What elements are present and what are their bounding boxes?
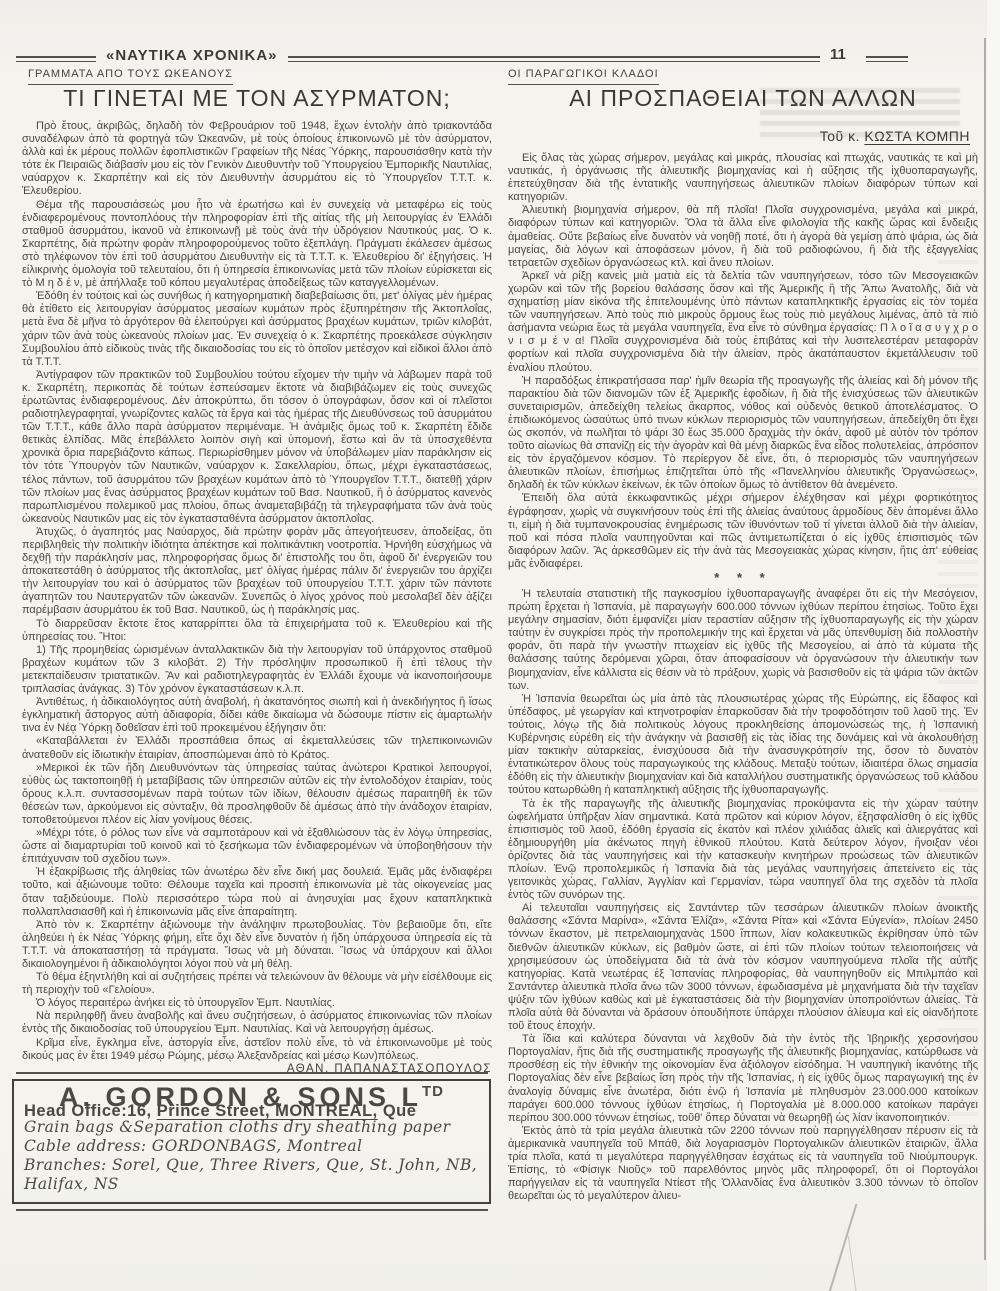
paragraph: «Καταβάλλεται ἐν Ἑλλάδι προσπάθεια ὅπως … [22,735,492,761]
ad-company-suffix: TD [422,1083,444,1100]
paragraph: Ἀρκεῖ νὰ ρίξῃ κανεὶς μιὰ ματιὰ εἰς τὰ δε… [508,270,978,375]
paragraph: Τὰ ἴδια καὶ καλύτερα δύνανται νὰ λεχθοῦν… [508,1033,978,1125]
ad-branches-line: Branches: Sorel, Que, Three Rivers, Que,… [24,1156,479,1194]
header-rule-left [16,56,96,62]
paragraph: Ἡ παραδόξως ἐπικρατήσασα παρ' ἡμῖν θεωρί… [508,375,978,493]
header-rule-center [288,56,820,62]
paragraph: Νὰ περιληφθῇ ἄνευ ἀναβολῆς καὶ ἄνευ συζη… [22,1010,492,1036]
paragraph: Τὰ ἐκ τῆς παραγωγῆς τῆς ἁλιευτικῆς βιομη… [508,798,978,903]
left-article-kicker: ΓΡΑΜΜΑΤΑ ΑΠΟ ΤΟΥΣ ΩΚΕΑΝΟΥΣ [28,68,233,85]
paragraph: Τὸ διαρρεῦσαν ἔκτοτε ἔτος καταρρίπτει ὅλ… [22,618,492,644]
scanner-background [987,0,1000,1291]
magazine-page: «ΝΑΥΤΙΚΑ ΧΡΟΝΙΚΑ» 11 ΓΡΑΜΜΑΤΑ ΑΠΟ ΤΟΥΣ Ω… [0,0,1000,1291]
advertisement: A. GORDON & SONS LTD Head Office:16, Pri… [22,1072,492,1211]
right-article-byline: Τοῦ κ. ΚΩΣΤΑ ΚΟΜΠΗ [508,128,970,144]
paragraph: Ἀντίγραφον τῶν πρακτικῶν τοῦ Συμβουλίου … [22,369,492,526]
header-rule-right [866,56,908,62]
paragraph-with-signature: Κρῖμα εἶνε, ἔγκλημα εἶνε, ἀστοργία εἶνε,… [22,1037,492,1063]
paragraph: Ὁ λόγος περαιτέρω ἀνήκει εἰς τὸ ὑπουργεῖ… [22,997,492,1010]
ad-products-line: Grain bags &Separation cloths dry sheath… [24,1118,479,1137]
page-edge-line [984,38,986,1260]
paragraph: Ἡ Ἱσπανία θεωρεῖται ὡς μία ἀπὸ τὰς πλουσ… [508,693,978,798]
section-separator: * * * [508,571,978,588]
paragraph: Ἐδόθη ἐν τούτοις καὶ ὡς συνήθως ἡ κατηγο… [22,290,492,369]
ad-box: A. GORDON & SONS LTD Head Office:16, Pri… [12,1079,491,1204]
left-article-title: ΤΙ ΓΙΝΕΤΑΙ ΜΕ ΤΟΝ ΑΣΥΡΜΑΤΟΝ; [22,85,492,112]
paragraph: Ἀντιθέτως, ἡ ἀδικαιολόγητος αὐτὴ ἀναβολή… [22,696,492,735]
paragraph: Εἰς ὅλας τὰς χώρας σήμερον, μεγάλας καὶ … [508,152,978,204]
paragraph: Ἁλιευτικὴ βιομηχανία σήμερον, θὰ πῆ πλοῖ… [508,204,978,269]
right-article-body: Εἰς ὅλας τὰς χώρας σήμερον, μεγάλας καὶ … [508,152,978,1291]
paragraph: Ἡ τελευταία στατιστικὴ τῆς παγκοσμίου ἰχ… [508,588,978,693]
paragraph: Θέμα τῆς παρουσιάσεώς μου ἦτο νὰ ἐρωτήσω… [22,199,492,291]
ad-cable-line: Cable address: GORDONBAGS, Montreal [24,1137,479,1156]
ad-head-office-line: Head Office:16, Prince Street, MONTREAL,… [24,1105,479,1118]
right-article-title: ΑΙ ΠΡΟΣΠΑΘΕΙΑΙ ΤΩΝ ΑΛΛΩΝ [508,85,978,112]
byline-author-name: ΚΩΣΤΑ ΚΟΜΠΗ [864,128,970,144]
paragraph: Ἡ ἐξακρίβωσις τῆς ἀληθείας τῶν ἀνωτέρω δ… [22,866,492,918]
paragraph: »Μερικοὶ ἐκ τῶν ἤδη Διευθυνόντων τὰς ὑπη… [22,762,492,827]
page-number: 11 [830,46,846,63]
paragraph-text: Κρῖμα εἶνε, ἔγκλημα εἶνε, ἀστοργία εἶνε,… [22,1037,492,1062]
paragraph: 1) Τῆς προμηθείας ὡρισμένων ἀνταλλακτικῶ… [22,644,492,696]
paragraph: Τὸ θέμα ἐξηντλήθη καὶ αἱ συζητήσεις πρέπ… [22,971,492,997]
left-article-body: Πρὸ ἔτους, ἀκριβῶς, δηλαδὴ τὸν Φεβρουάρι… [22,120,492,1211]
paragraph: Ἐπειδὴ ὅλα αὐτὰ ἐκκωφαντικῶς μέχρι σήμερ… [508,492,978,571]
paragraph: Ἀπὸ τὸν κ. Σκαρπέτην ἀξιώνουμε τὴν ἀνάλη… [22,919,492,971]
ad-top-rule [16,1072,488,1074]
masthead: «ΝΑΥΤΙΚΑ ΧΡΟΝΙΚΑ» [106,47,278,64]
paragraph: »Μέχρι τότε, ὁ ρόλος των εἶνε νὰ σαμποτά… [22,827,492,866]
ad-bottom-rule [16,1209,488,1211]
paragraph: Ἀτυχῶς, ὁ ἀγαπητός μας Ναύαρχος, διὰ πρώ… [22,526,492,618]
paragraph: Πρὸ ἔτους, ἀκριβῶς, δηλαδὴ τὸν Φεβρουάρι… [22,120,492,199]
paragraph: Ἐκτὸς ἀπὸ τὰ τρία μεγάλα ἁλιευτικὰ τῶν 2… [508,1125,978,1204]
paragraph: Αἱ τελευταῖαι ναυπηγήσεις εἰς Σαντάντερ … [508,902,978,1033]
right-article-kicker: ΟΙ ΠΑΡΑΓΩΓΙΚΟΙ ΚΛΑΔΟΙ [508,68,659,85]
byline-prefix: Τοῦ κ. [820,128,860,144]
